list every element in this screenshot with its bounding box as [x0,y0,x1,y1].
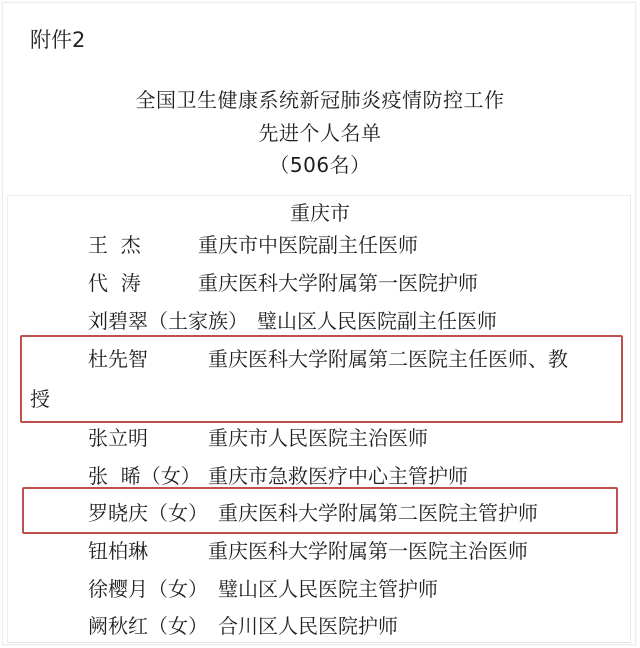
person-name: 张立明 [88,423,148,453]
list-item: 徐樱月（女） 璧山区人民医院主管护师 [0,574,640,604]
region-heading: 重庆市 [0,199,640,227]
list-item: 阙秋红（女） 合川区人民医院护师 [0,611,640,641]
list-item: 刘碧翠（土家族） 璧山区人民医院副主任医师 [0,306,640,336]
person-name: 罗晓庆（女） [88,498,208,528]
person-name: 代 涛 [88,268,141,298]
person-name: 杜先智 [88,344,148,374]
person-name: 王 杰 [88,230,141,260]
person-name: 阙秋红（女） [88,611,208,641]
document-title-line-1: 全国卫生健康系统新冠肺炎疫情防控工作 [0,86,640,114]
person-position-wrap: 授 [30,384,50,414]
person-name: 徐樱月（女） [88,574,208,604]
list-item: 钮柏琳 重庆医科大学附属第一医院主治医师 [0,536,640,566]
person-name: 张 晞（女） [88,461,201,491]
person-position: 重庆医科大学附属第一医院护师 [198,268,478,298]
list-item-highlighted: 罗晓庆（女） 重庆医科大学附属第二医院主管护师 [0,498,640,528]
person-position: 璧山区人民医院主管护师 [218,574,438,604]
person-position: 重庆市人民医院主治医师 [208,423,428,453]
person-position: 重庆医科大学附属第二医院主管护师 [218,498,538,528]
list-item-highlighted: 杜先智 重庆医科大学附属第二医院主任医师、教 [0,344,640,374]
person-position: 璧山区人民医院副主任医师 [257,306,497,336]
person-position: 重庆医科大学附属第二医院主任医师、教 [208,344,568,374]
document-title-line-2: 先进个人名单 [0,119,640,147]
person-name: 钮柏琳 [88,536,148,566]
person-position: 重庆市急救医疗中心主管护师 [208,461,468,491]
list-item: 代 涛 重庆医科大学附属第一医院护师 [0,268,640,298]
person-position: 合川区人民医院护师 [218,611,398,641]
person-name: 刘碧翠（土家族） [88,306,248,336]
list-item: 张 晞（女） 重庆市急救医疗中心主管护师 [0,461,640,491]
person-position: 重庆市中医院副主任医师 [198,230,418,260]
list-item: 张立明 重庆市人民医院主治医师 [0,423,640,453]
attachment-label: 附件2 [30,26,85,54]
person-position: 重庆医科大学附属第一医院主治医师 [208,536,528,566]
document-title-count: （506名） [0,151,640,179]
list-item: 王 杰 重庆市中医院副主任医师 [0,230,640,260]
